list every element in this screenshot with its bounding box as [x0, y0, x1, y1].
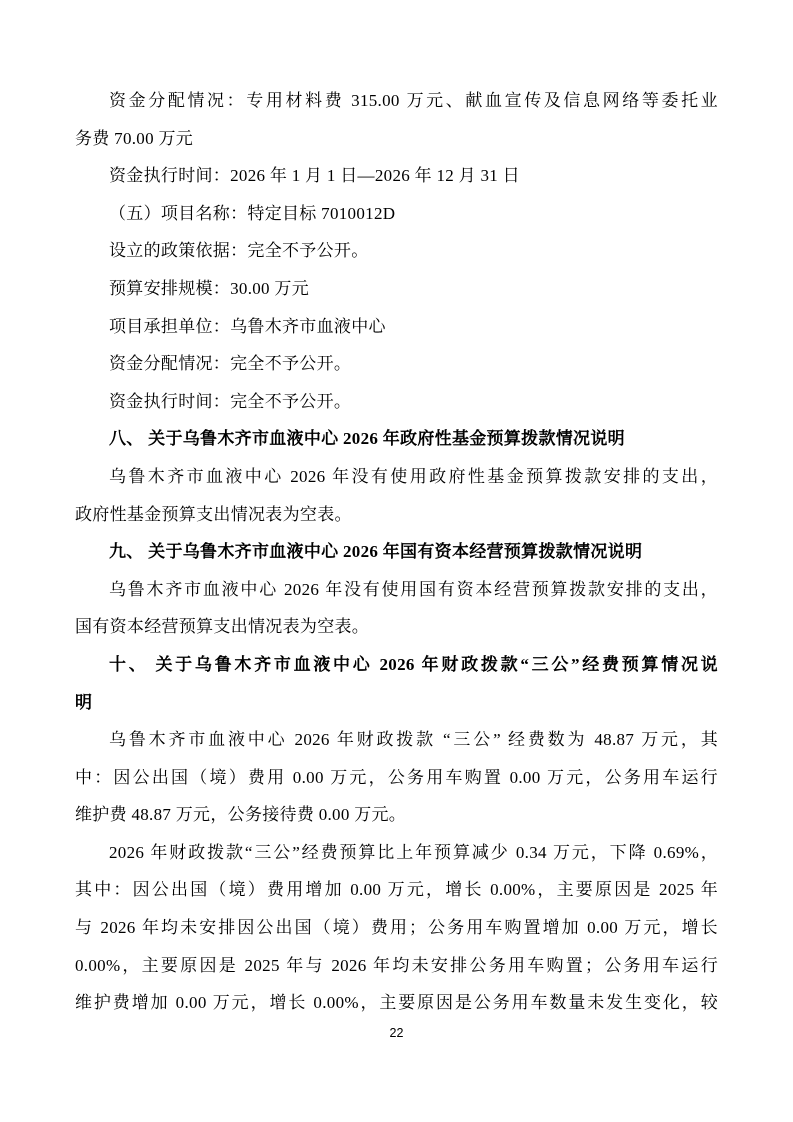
page-number: 22 — [0, 1026, 793, 1040]
text-line: 国有资本经营预算支出情况表为空表。 — [75, 608, 718, 646]
text-line: 设立的政策依据：完全不予公开。 — [75, 232, 718, 270]
text-line: 预算安排规模：30.00 万元 — [75, 270, 718, 308]
text-line: 资金分配情况：完全不予公开。 — [75, 345, 718, 383]
heading-line: 九、 关于乌鲁木齐市血液中心 2026 年国有资本经营预算拨款情况说明 — [75, 533, 718, 571]
text-line: 乌鲁木齐市血液中心 2026 年财政拨款 “三公” 经费数为 48.87 万元，… — [75, 721, 718, 759]
text-line: 2026 年财政拨款“三公”经费预算比上年预算减少 0.34 万元，下降 0.6… — [75, 834, 718, 872]
text-line: 0.00%，主要原因是 2025 年与 2026 年均未安排公务用车购置；公务用… — [75, 947, 718, 985]
text-line: 政府性基金预算支出情况表为空表。 — [75, 496, 718, 534]
text-line: 维护费增加 0.00 万元，增长 0.00%，主要原因是公务用车数量未发生变化，… — [75, 984, 718, 1022]
text-line: 维护费 48.87 万元，公务接待费 0.00 万元。 — [75, 796, 718, 834]
text-line: 资金执行时间：2026 年 1 月 1 日—2026 年 12 月 31 日 — [75, 157, 718, 195]
document-page: 资金分配情况：专用材料费 315.00 万元、献血宣传及信息网络等委托业务费 7… — [0, 0, 793, 1122]
text-line: 项目承担单位：乌鲁木齐市血液中心 — [75, 308, 718, 346]
document-body: 资金分配情况：专用材料费 315.00 万元、献血宣传及信息网络等委托业务费 7… — [75, 82, 718, 1022]
text-line: 乌鲁木齐市血液中心 2026 年没有使用政府性基金预算拨款安排的支出， — [75, 458, 718, 496]
text-line: 乌鲁木齐市血液中心 2026 年没有使用国有资本经营预算拨款安排的支出， — [75, 571, 718, 609]
text-line: 资金执行时间：完全不予公开。 — [75, 383, 718, 421]
text-line: 资金分配情况：专用材料费 315.00 万元、献血宣传及信息网络等委托业 — [75, 82, 718, 120]
text-line: 中：因公出国（境）费用 0.00 万元，公务用车购置 0.00 万元，公务用车运… — [75, 759, 718, 797]
text-line: （五）项目名称：特定目标 7010012D — [75, 195, 718, 233]
text-line: 务费 70.00 万元 — [75, 120, 718, 158]
heading-line: 八、 关于乌鲁木齐市血液中心 2026 年政府性基金预算拨款情况说明 — [75, 420, 718, 458]
heading-line: 十、 关于乌鲁木齐市血液中心 2026 年财政拨款“三公”经费预算情况说 — [75, 646, 718, 684]
text-line: 其中：因公出国（境）费用增加 0.00 万元，增长 0.00%，主要原因是 20… — [75, 871, 718, 909]
heading-line: 明 — [75, 684, 718, 722]
text-line: 与 2026 年均未安排因公出国（境）费用；公务用车购置增加 0.00 万元，增… — [75, 909, 718, 947]
